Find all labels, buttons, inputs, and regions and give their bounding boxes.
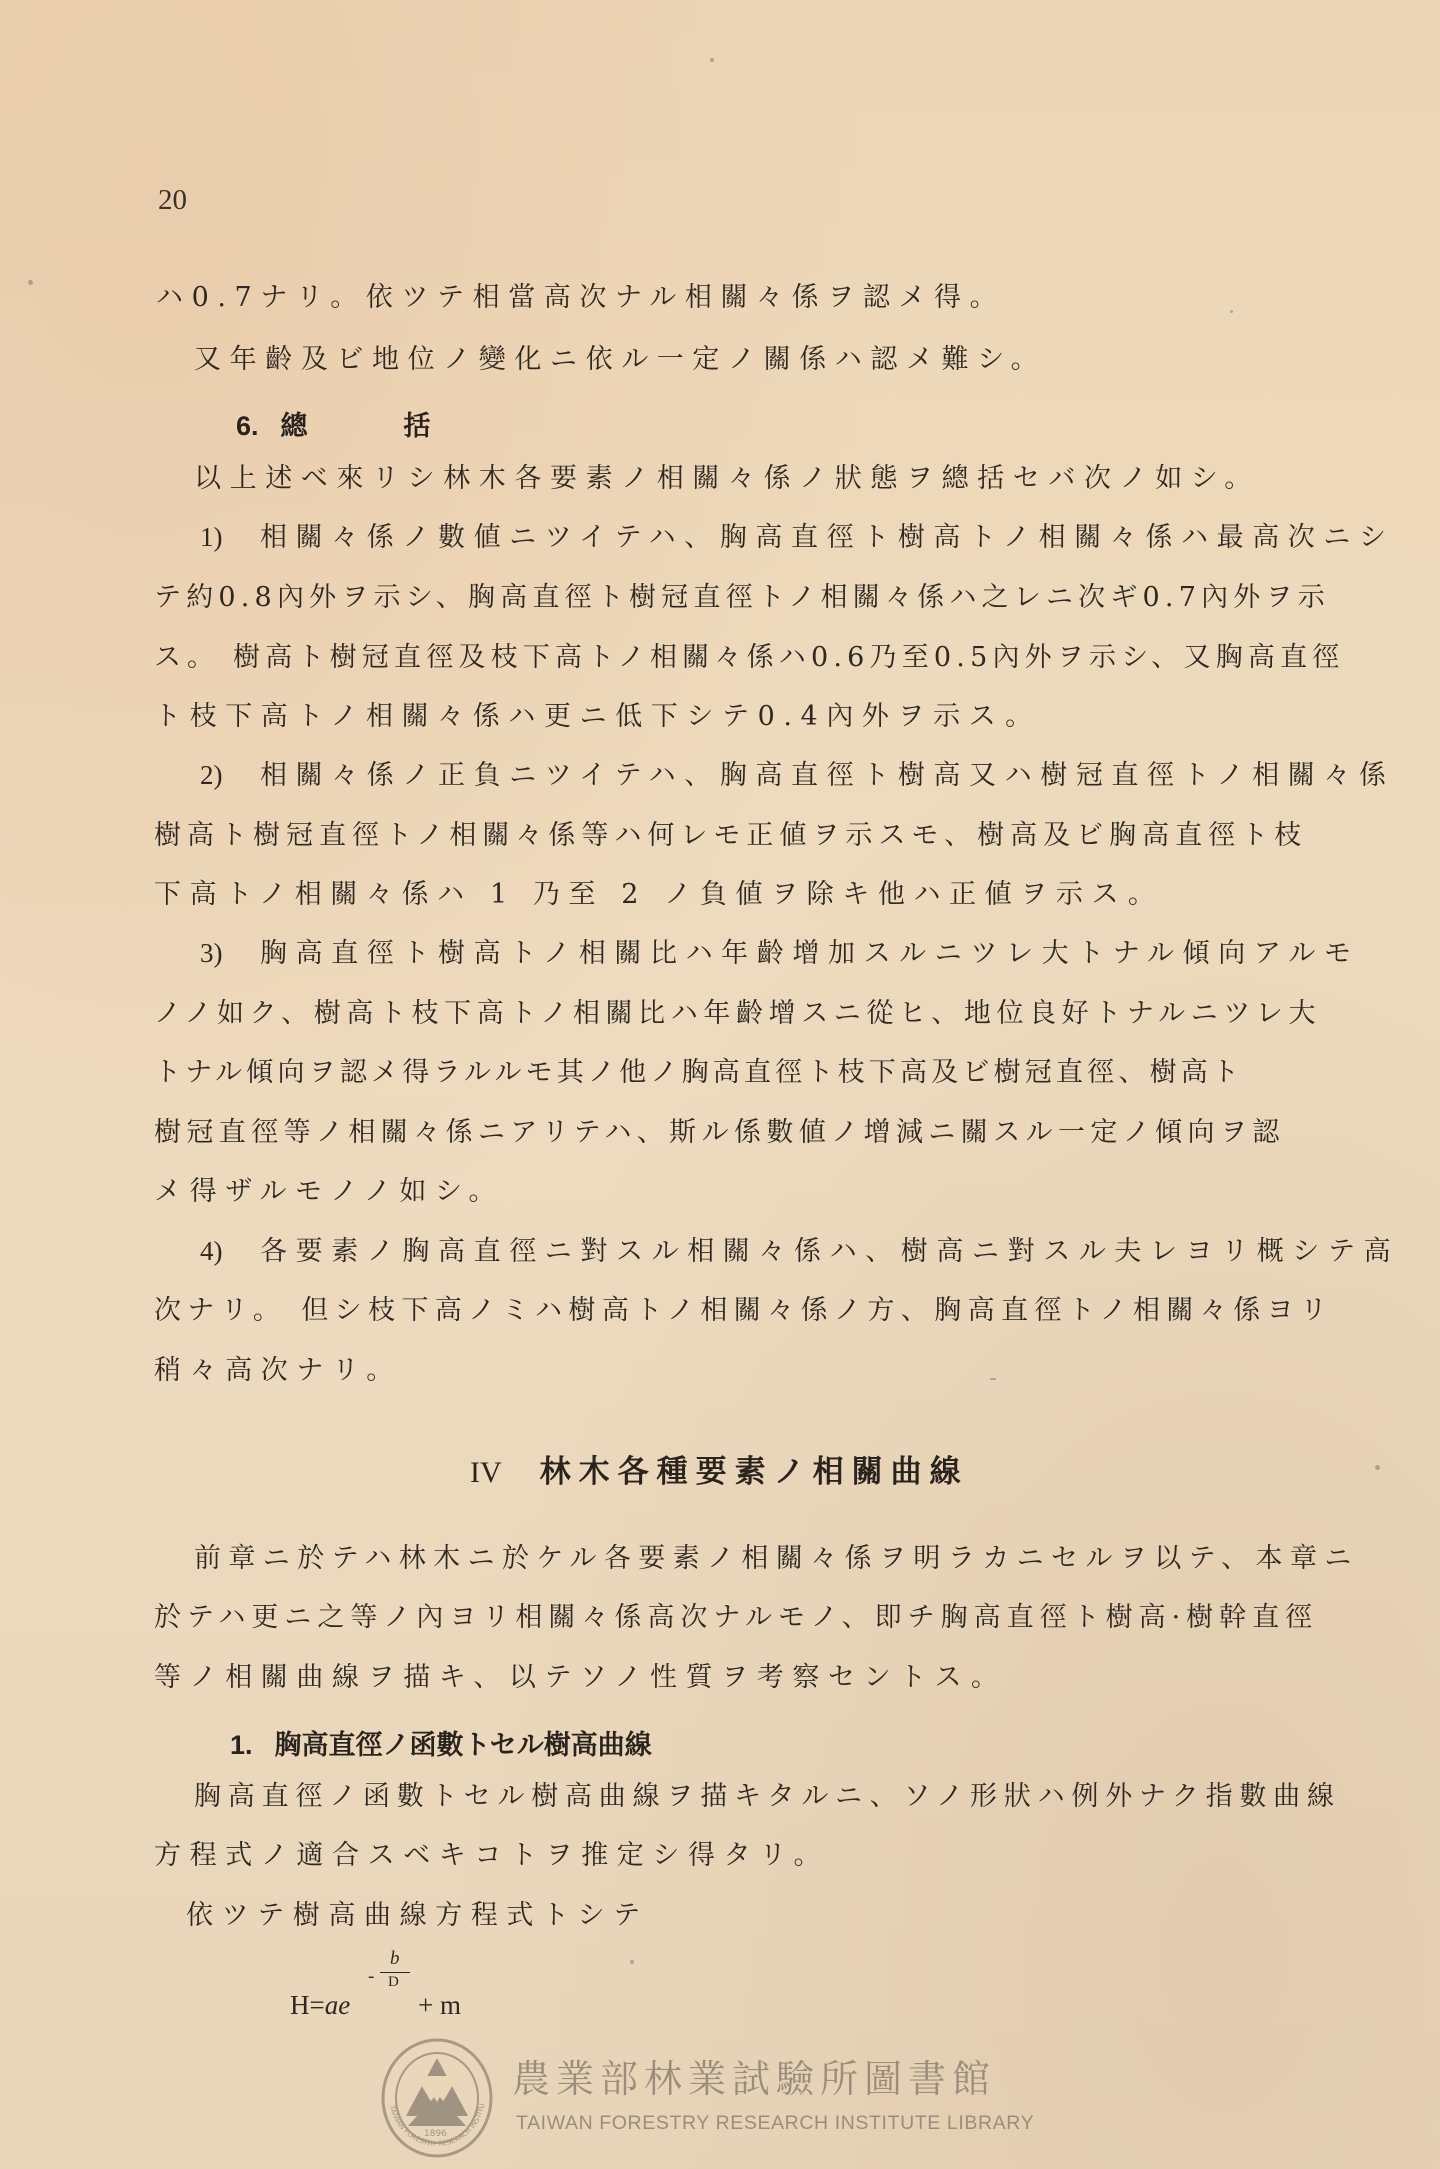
item-label: 1)	[200, 524, 223, 551]
chapter-heading: IV林木各種要素ノ相關曲線	[470, 1446, 969, 1491]
library-watermark: 1896 TAIWAN FORESTRY RESEARCH INSTITUTE …	[378, 2036, 1078, 2161]
paper-speck	[1375, 1465, 1380, 1470]
item-label: 2)	[200, 762, 223, 789]
subsection-title: 胸高直徑ノ函數トセル樹高曲線	[275, 1730, 652, 1761]
section-heading-6: 6.總括	[236, 404, 527, 443]
subsection-number: 1.	[230, 1730, 253, 1760]
chapter-title: 林木各種要素ノ相關曲線	[540, 1454, 969, 1490]
body-line: 相關々係ノ數値ニツイテハ、胸高直徑ト樹高トノ相關々係ハ最高次ニシ	[260, 524, 1395, 551]
body-line: 又年齡及ビ地位ノ變化ニ依ル一定ノ關係ハ認メ難シ。	[194, 346, 1046, 373]
item-label: 4)	[200, 1238, 223, 1265]
body-line: 樹冠直徑等ノ相關々係ニアリテハ、斯ル係數値ノ增減ニ關スル一定ノ傾向ヲ認	[154, 1119, 1285, 1146]
body-line: 次ナリ。 但シ枝下高ノミハ樹高トノ相關々係ノ方、胸高直徑トノ相關々係ヨリ	[154, 1297, 1333, 1324]
section-intro: 以上述ベ來リシ林木各要素ノ相關々係ノ狀態ヲ總括セバ次ノ如シ。	[194, 465, 1260, 492]
body-line: 稍々高次ナリ。	[154, 1357, 402, 1384]
library-name-cn: 農業部林業試驗所圖書館	[512, 2048, 996, 2103]
body-line: 依ツテ樹高曲線方程式トシテ	[186, 1902, 649, 1929]
chapter-number: IV	[470, 1456, 502, 1489]
page-number: 20	[158, 184, 187, 217]
body-line: 胸高直徑ト樹高トノ相關比ハ年齡增加スルニツレ大トナル傾向アルモ	[260, 940, 1360, 967]
body-line: 前章ニ於テハ林木ニ於ケル各要素ノ相關々係ヲ明ラカニセルヲ以テ、本章ニ	[194, 1545, 1359, 1572]
paper-speck	[630, 1960, 634, 1964]
body-line: 方程式ノ適合スベキコトヲ推定シ得タリ。	[154, 1842, 829, 1869]
body-line: 於テハ更ニ之等ノ內ヨリ相關々係高次ナルモノ、即チ胸高直徑ト樹高·樹幹直徑	[154, 1604, 1318, 1631]
subsection-heading-1: 1.胸高直徑ノ函數トセル樹高曲線	[230, 1723, 652, 1762]
body-line: 等ノ相關曲線ヲ描キ、以テソノ性質ヲ考察セントス。	[154, 1664, 1007, 1691]
section-number: 6.	[236, 411, 259, 441]
paper-speck	[990, 1378, 996, 1380]
paper-speck	[710, 58, 714, 62]
body-line: 各要素ノ胸高直徑ニ對スル相關々係ハ、樹高ニ對スル夫レヨリ概シテ高	[260, 1238, 1399, 1265]
body-line: ト枝下高トノ相關々係ハ更ニ低下シテ0.4內外ヲ示ス。	[154, 703, 1041, 730]
body-line: 樹高ト樹冠直徑トノ相關々係等ハ何レモ正値ヲ示スモ、樹高及ビ胸高直徑ト枝	[154, 822, 1307, 849]
section-title: 總括	[281, 411, 527, 442]
paper-speck	[28, 280, 33, 285]
formula-tail: + m	[418, 1990, 461, 2021]
body-line: トナル傾向ヲ認メ得ラルルモ其ノ他ノ胸高直徑ト枝下高及ビ樹冠直徑、樹高ト	[154, 1059, 1243, 1086]
body-line: ノノ如ク、樹高ト枝下高トノ相關比ハ年齡增スニ從ヒ、地位良好トナルニツレ大	[154, 1000, 1321, 1027]
forestry-institute-seal-icon: 1896 TAIWAN FORESTRY RESEARCH INSTITUTE	[378, 2036, 496, 2161]
body-line: メ得ザルモノノ如シ。	[154, 1178, 504, 1205]
formula-lhs: H=ae	[290, 1990, 350, 2021]
item-label: 3)	[200, 940, 223, 967]
body-line: テ約0.8內外ヲ示シ、胸高直徑ト樹冠直徑トノ相關々係ハ之レニ次ギ0.7內外ヲ示	[154, 584, 1330, 611]
body-line: ハ0.7ナリ。依ツテ相當高次ナル相關々係ヲ認メ得。	[156, 284, 1005, 311]
library-name-en: TAIWAN FORESTRY RESEARCH INSTITUTE LIBRA…	[516, 2112, 1034, 2135]
body-line: ス。 樹高ト樹冠直徑及枝下高トノ相關々係ハ0.6乃至0.5內外ヲ示シ、又胸高直徑	[154, 644, 1345, 671]
paper-speck	[1230, 310, 1233, 313]
body-line: 胸高直徑ノ函數トセル樹高曲線ヲ描キタルニ、ソノ形狀ハ例外ナク指數曲線	[194, 1783, 1341, 1810]
body-line: 相關々係ノ正負ニツイテハ、胸高直徑ト樹高又ハ樹冠直徑トノ相關々係	[260, 762, 1395, 789]
body-line: 下高トノ相關々係ハ 1 乃至 2 ノ負値ヲ除キ他ハ正値ヲ示ス。	[154, 881, 1163, 908]
svg-text:1896: 1896	[424, 2129, 447, 2139]
